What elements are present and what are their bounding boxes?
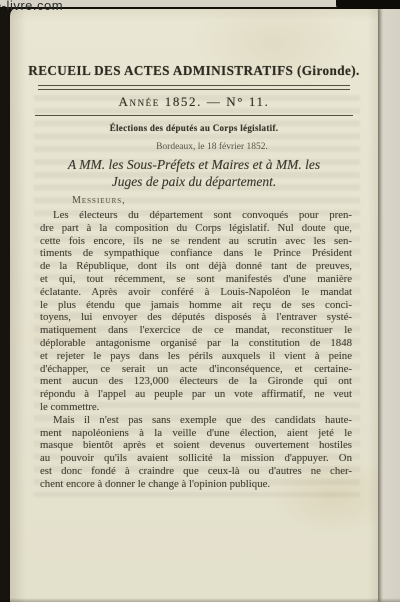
salutation-line: A MM. les Sous-Préfets et Maires et à MM…: [10, 156, 378, 173]
salutation-line: Juges de paix du département.: [10, 173, 378, 190]
text-line: ment aucun des 123,000 électeurs de la G…: [40, 375, 352, 388]
text-line: de la République, dont ils ont déjà donn…: [40, 260, 352, 273]
text-line: Les électeurs du département sont convoq…: [40, 209, 352, 222]
article-body: Les électeurs du département sont convoq…: [40, 209, 352, 491]
text-line: Mais il n'est pas sans exemple que des c…: [40, 414, 352, 427]
double-rule: [38, 85, 350, 90]
text-line: timents de sympathique confiance dans le…: [40, 247, 352, 260]
watermark: e-livre.com: [0, 0, 63, 13]
text-line: le commettre.: [40, 401, 352, 414]
text-line: répondu à l'appel au peuple par un vote …: [40, 388, 352, 401]
text-line: éclatante. Après avoir conféré à Louis-N…: [40, 286, 352, 299]
text-line: le plus étendu que jamais homme ait reçu…: [40, 299, 352, 312]
text-line: au pouvoir qu'ils avaient sollicité la m…: [40, 452, 352, 465]
section-heading: Élections des députés au Corps législati…: [10, 123, 378, 134]
salutation: A MM. les Sous-Préfets et Maires et à MM…: [10, 156, 378, 190]
paragraph: Mais il n'est pas sans exemple que des c…: [40, 414, 352, 491]
text-line: dre part à la composition du Corps légis…: [40, 222, 352, 235]
text-line: d'échapper, ce serait un acte d'inconséq…: [40, 363, 352, 376]
text-line: et rejeter le pays dans les périls auxqu…: [40, 350, 352, 363]
scan-bottom-shadow: [0, 598, 400, 602]
masthead-title: RECUEIL DES ACTES ADMINISTRATIFS (Girond…: [10, 63, 378, 79]
paragraph: Les électeurs du département sont convoq…: [40, 209, 352, 414]
scanned-page: e-livre.com RECUEIL DES ACTES ADMINISTRA…: [0, 0, 400, 602]
next-page-edge: [378, 0, 400, 602]
greeting: Messieurs,: [72, 195, 378, 206]
text-line: matiquement dans l'exercice de ce mandat…: [40, 324, 352, 337]
text-line: chent encore à donner le change à l'opin…: [40, 478, 352, 491]
scan-top-corner-shadow: [336, 0, 400, 9]
dateline: Bordeaux, le 18 février 1852.: [10, 142, 378, 153]
issue-line: Année 1852. — N° 11.: [10, 95, 378, 109]
separator-rule: [35, 115, 353, 116]
text-line: toyens, lui envoyer des députés disposés…: [40, 311, 352, 324]
paper-page: RECUEIL DES ACTES ADMINISTRATIFS (Girond…: [10, 7, 378, 602]
text-line: est donc fondé à craindre que ceux-là ou…: [40, 465, 352, 478]
text-line: masque bientôt après et soient devenus o…: [40, 439, 352, 452]
text-line: cette fois encore, ils ne se rendent au …: [40, 235, 352, 248]
text-line: et qui, tout récemment, se sont manifest…: [40, 273, 352, 286]
page-content: RECUEIL DES ACTES ADMINISTRATIFS (Girond…: [10, 63, 378, 491]
text-line: déplorable antagonisme organisé par la c…: [40, 337, 352, 350]
text-line: ment napoléoniens à la veille d'une élec…: [40, 427, 352, 440]
